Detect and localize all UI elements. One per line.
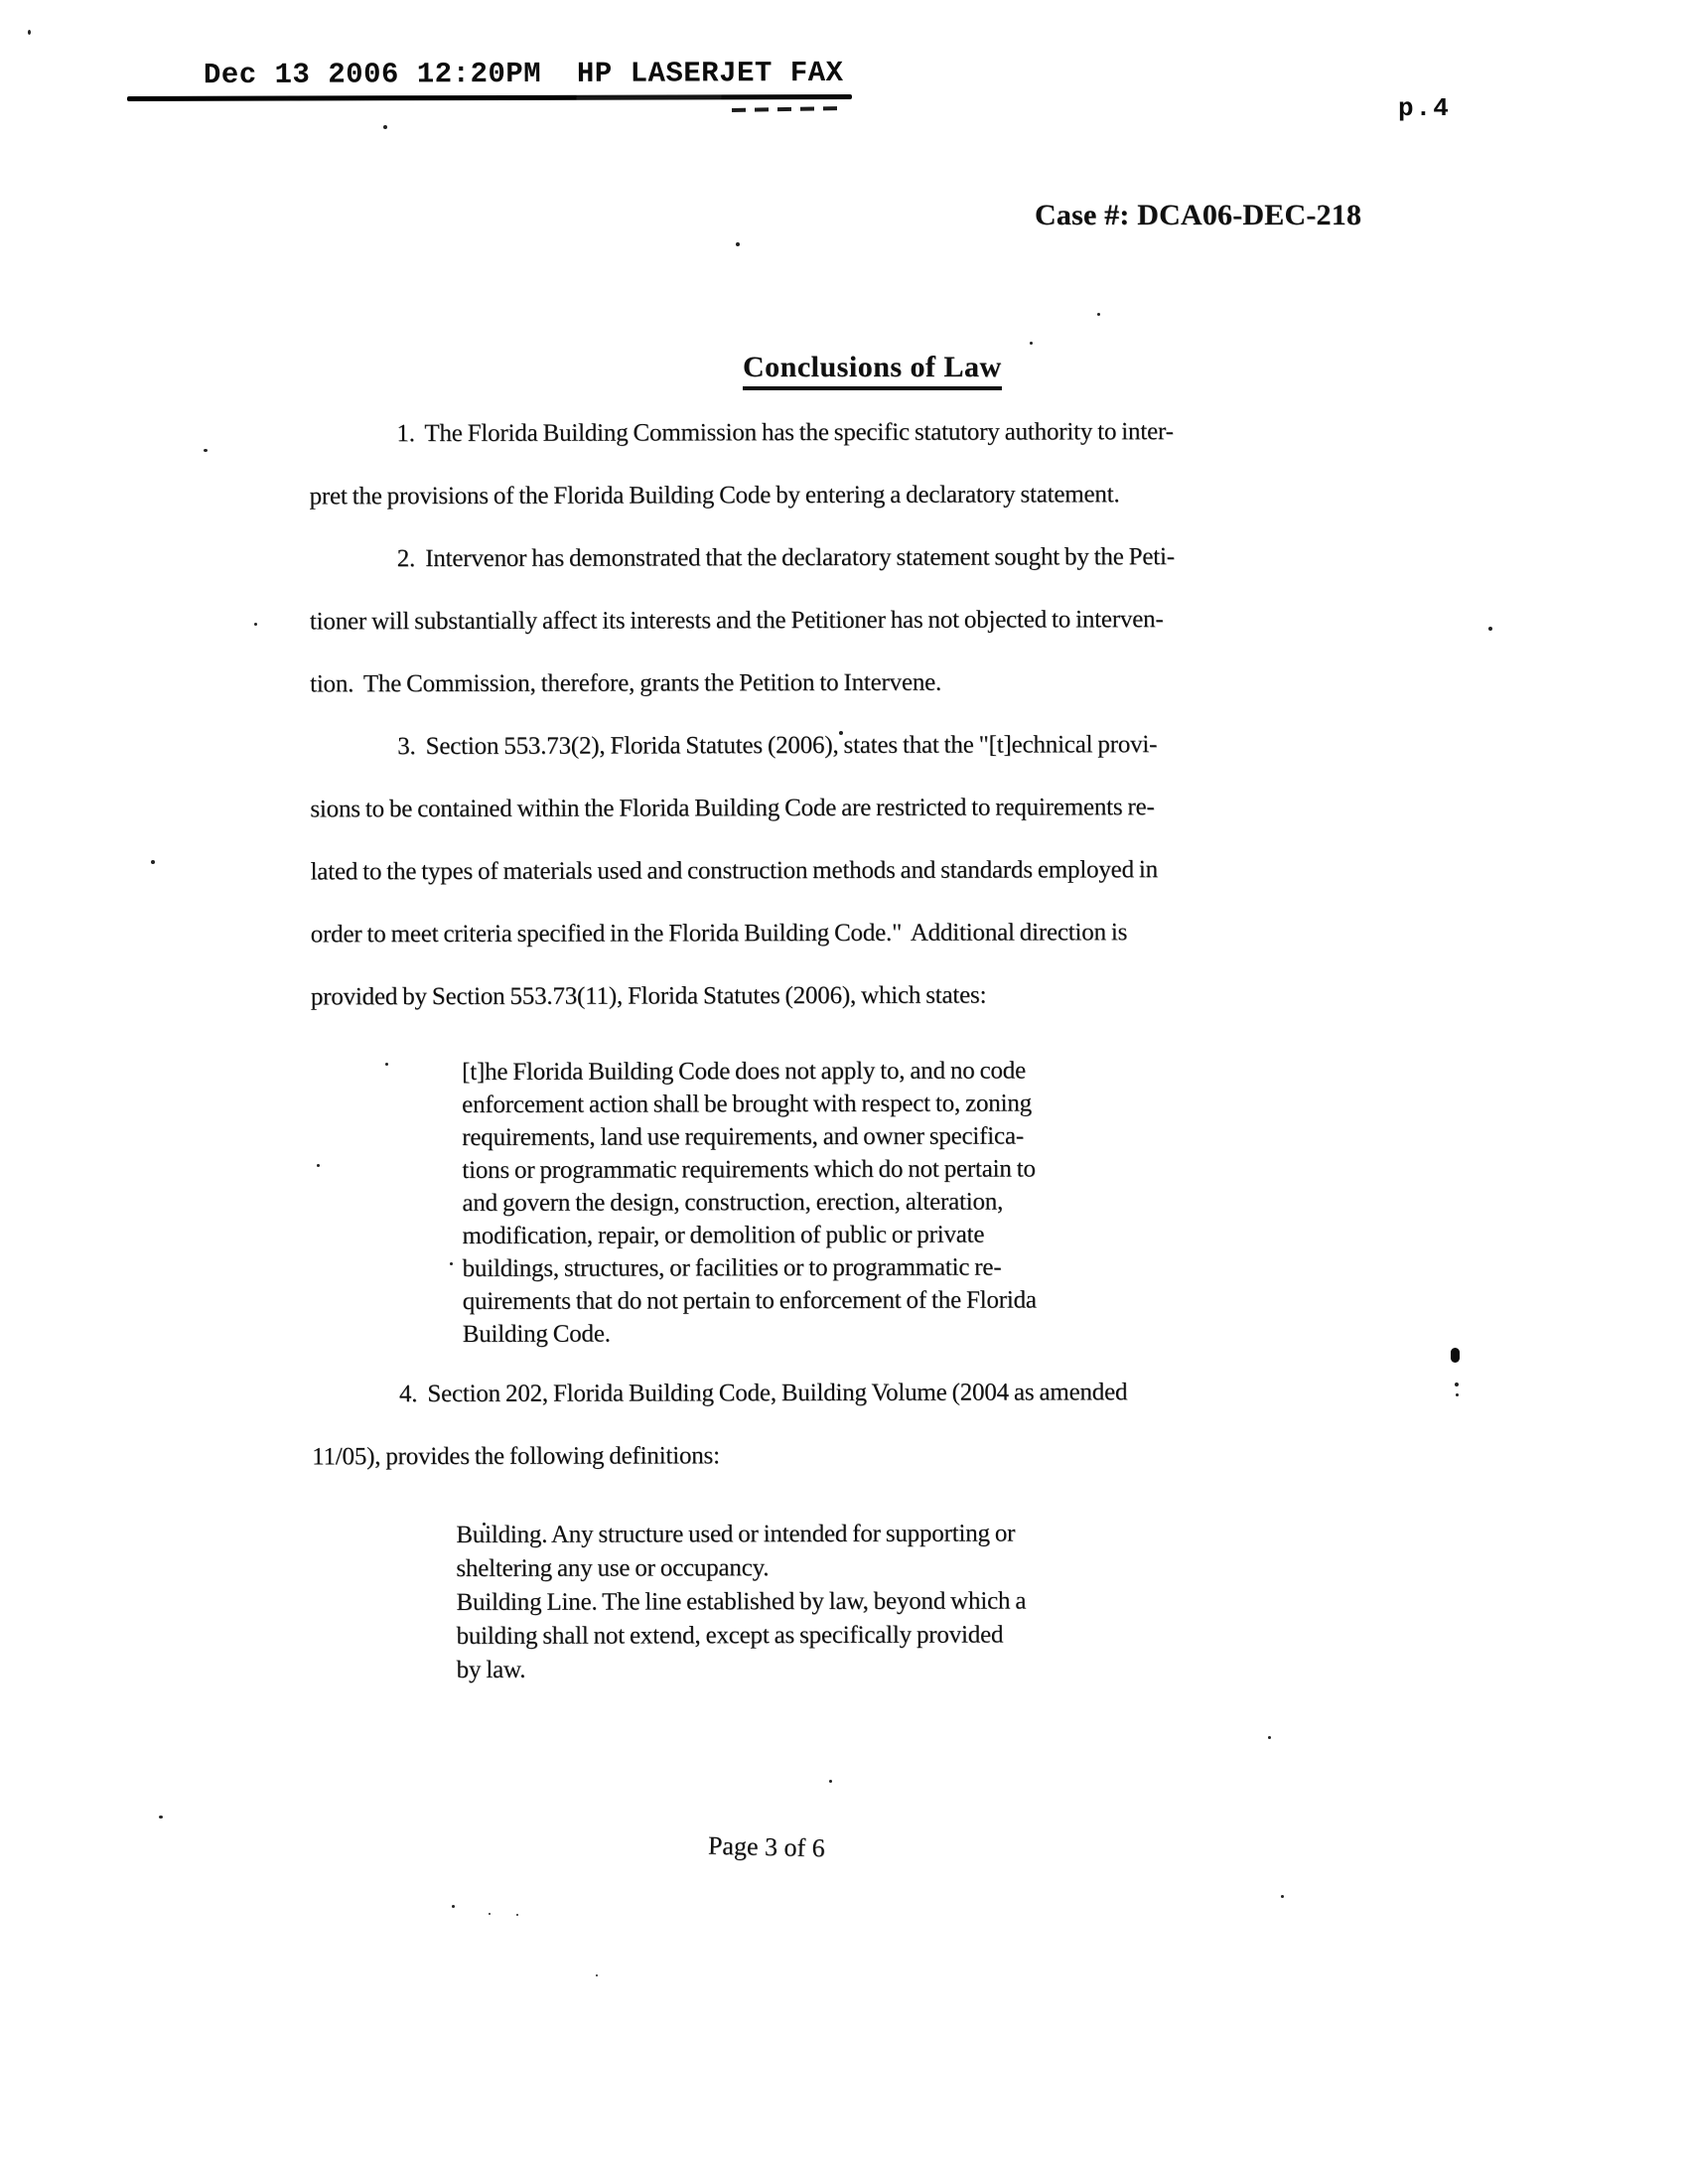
body-line: lated to the types of materials used and…	[310, 838, 1335, 904]
noise-speck	[736, 242, 740, 246]
quote-line: Building Code.	[463, 1316, 1158, 1351]
quote-line: [t]he Florida Building Code does not app…	[462, 1054, 1157, 1089]
noise-speck	[204, 449, 208, 452]
noise-speck	[829, 1780, 832, 1783]
quote-line: requirements, land use requirements, and…	[462, 1119, 1157, 1154]
document-title: Conclusions of Law	[743, 351, 1002, 390]
noise-speck	[839, 731, 843, 735]
fax-page-indicator: p.4	[1398, 93, 1451, 123]
noise-speck	[317, 1164, 320, 1167]
body-line: 1. The Florida Building Commission has t…	[309, 400, 1334, 466]
paragraph-4: 4. Section 202, Florida Building Code, B…	[312, 1361, 1336, 1489]
quote-line: Building Line. The line established by l…	[456, 1584, 1151, 1620]
noise-speck	[1456, 1393, 1459, 1396]
noise-speck	[159, 1816, 163, 1819]
definitions-quote: Building. Any structure used or intended…	[456, 1517, 1151, 1687]
fax-document-page: Dec 13 2006 12:20PM HP LASERJET FAX p.4 …	[0, 0, 1688, 2184]
noise-speck	[483, 1523, 486, 1526]
body-line: 4. Section 202, Florida Building Code, B…	[312, 1361, 1336, 1426]
noise-speck	[596, 1974, 598, 1976]
quote-line: building shall not extend, except as spe…	[457, 1618, 1152, 1654]
noise-speck	[385, 1063, 388, 1066]
noise-speck	[1097, 313, 1100, 316]
quote-line: Building. Any structure used or intended…	[456, 1517, 1151, 1552]
body-line: tioner will substantially affect its int…	[310, 588, 1335, 654]
fax-header-rule	[127, 94, 852, 101]
noise-speck	[450, 1262, 453, 1265]
quote-line: modification, repair, or demolition of p…	[462, 1218, 1157, 1252]
quote-line: by law.	[457, 1652, 1152, 1687]
noise-speck	[1451, 1348, 1460, 1363]
noise-speck	[1281, 1895, 1284, 1898]
noise-speck	[151, 860, 155, 864]
noise-speck	[1030, 342, 1033, 345]
body-line: 2. Intervenor has demonstrated that the …	[310, 525, 1335, 591]
quote-line: enforcement action shall be brought with…	[462, 1087, 1157, 1121]
body-line: 3. Section 553.73(2), Florida Statutes (…	[310, 713, 1335, 779]
noise-speck	[254, 623, 257, 626]
quote-line: sheltering any use or occupancy.	[456, 1550, 1151, 1586]
page-number-footer: Page 3 of 6	[708, 1831, 825, 1864]
noise-speck	[516, 1914, 518, 1916]
body-line: pret the provisions of the Florida Build…	[309, 463, 1334, 528]
noise-speck	[489, 1913, 491, 1915]
quote-line: quirements that do not pertain to enforc…	[463, 1283, 1158, 1318]
quote-line: buildings, structures, or facilities or …	[463, 1250, 1158, 1285]
noise-speck	[28, 30, 31, 35]
body-line: provided by Section 553.73(11), Florida …	[311, 963, 1336, 1029]
body-line: 11/05), provides the following definitio…	[312, 1423, 1336, 1489]
body-line: order to meet criteria specified in the …	[311, 901, 1336, 966]
body-line: tion. The Commission, therefore, grants …	[310, 651, 1335, 716]
document-body: 1. The Florida Building Commission has t…	[309, 400, 1336, 1688]
statute-quote: [t]he Florida Building Code does not app…	[462, 1054, 1158, 1351]
noise-speck	[383, 125, 387, 129]
noise-speck	[1268, 1736, 1271, 1739]
noise-speck	[1455, 1383, 1459, 1386]
case-number: Case #: DCA06-DEC-218	[1035, 199, 1361, 232]
quote-line: and govern the design, construction, ere…	[462, 1185, 1157, 1220]
fax-timestamp: Dec 13 2006 12:20PM HP LASERJET FAX	[204, 57, 844, 91]
body-line: sions to be contained within the Florida…	[310, 776, 1335, 841]
quote-line: tions or programmatic requirements which…	[462, 1152, 1157, 1187]
noise-speck	[452, 1905, 455, 1908]
noise-speck	[1488, 627, 1492, 631]
fax-header-rule-fragment	[732, 106, 843, 112]
